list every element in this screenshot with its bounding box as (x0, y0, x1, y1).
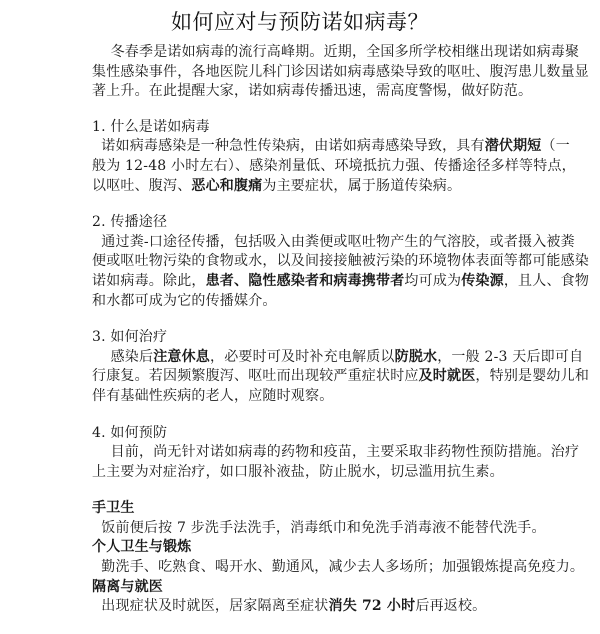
section-line: 和水都可成为它的传播媒介。 (92, 292, 532, 312)
intro-line: 集性感染事件，各地医院儿科门诊因诺如病毒感染导致的呕吐、腹泻患儿数量显 (92, 63, 532, 83)
section-line: 感染后注意休息，必要时可及时补充电解质以防脱水，一般 2-3 天后即可自 (92, 348, 532, 368)
bold-emphasis: 潜伏期短 (485, 138, 542, 154)
prevention-measures: 手卫生 饭前便后按 7 步洗手法洗手，消毒纸巾和免洗手消毒液不能替代洗手。个人卫… (92, 482, 532, 617)
section-line: 诺如病毒。除此，患者、隐性感染者和病毒携带者均可成为传染源，且人、食物 (92, 272, 532, 292)
prevention-heading: 个人卫生与锻炼 (92, 538, 532, 558)
document-title: 如何应对与预防诺如病毒？ (0, 6, 600, 36)
section-spacer (92, 196, 532, 213)
bold-emphasis: 恶心和腹痛 (191, 178, 262, 194)
section-line: 通过粪-口途径传播，包括吸入由粪便或呕吐物产生的气溶胶，或者摄入被粪 (92, 233, 532, 253)
section-heading: 3. 如何治疗 (92, 328, 532, 348)
sections: 1. 什么是诺如病毒 诺如病毒感染是一种急性传染病，由诺如病毒感染导致，具有潜伏… (92, 102, 532, 483)
bold-emphasis: 及时就医 (419, 368, 476, 384)
section-line: 上主要为对症治疗，如口服补液盐，防止脱水，切忌滥用抗生素。 (92, 463, 532, 483)
prevention-heading: 手卫生 (92, 499, 532, 519)
prevention-item: 手卫生 饭前便后按 7 步洗手法洗手，消毒纸巾和免洗手消毒液不能替代洗手。 (92, 499, 532, 538)
bold-emphasis: 防脱水 (395, 349, 438, 365)
prevention-text: 勤洗手、吃熟食、喝开水、勤通风，减少去人多场所；加强锻炼提高免疫力。 (92, 558, 532, 578)
section-spacer (92, 407, 532, 424)
section-spacer (92, 311, 532, 328)
section-line: 以呕吐、腹泻、恶心和腹痛为主要症状，属于肠道传染病。 (92, 177, 532, 197)
section-line: 便或呕吐物污染的食物或水，以及间接接触被污染的环境物体表面等都可能感染 (92, 252, 532, 272)
section-line: 目前，尚无针对诺如病毒的药物和疫苗，主要采取非药物性预防措施。治疗 (92, 443, 532, 463)
section-2: 2. 传播途径 通过粪-口途径传播，包括吸入由粪便或呕吐物产生的气溶胶，或者摄入… (92, 213, 532, 311)
bold-emphasis: 注意休息 (153, 349, 210, 365)
bold-emphasis: 传染源 (461, 273, 504, 289)
section-heading: 2. 传播途径 (92, 213, 532, 233)
intro-line: 冬春季是诺如病毒的流行高峰期。近期，全国多所学校相继出现诺如病毒聚 (92, 43, 532, 63)
prevention-item: 隔离与就医 出现症状及时就医，居家隔离至症状消失 72 小时后再返校。 (92, 578, 532, 617)
section-line: 般为 12-48 小时左右）、感染剂量低、环境抵抗力强、传播途径多样等特点， (92, 157, 532, 177)
section-3: 3. 如何治疗 感染后注意休息，必要时可及时补充电解质以防脱水，一般 2-3 天… (92, 328, 532, 406)
prevention-text: 出现症状及时就医，居家隔离至症状消失 72 小时后再返校。 (92, 597, 532, 617)
section-line: 诺如病毒感染是一种急性传染病，由诺如病毒感染导致，具有潜伏期短（一 (92, 137, 532, 157)
section-heading: 1. 什么是诺如病毒 (92, 118, 532, 138)
section-1: 1. 什么是诺如病毒 诺如病毒感染是一种急性传染病，由诺如病毒感染导致，具有潜伏… (92, 118, 532, 196)
prevention-text: 饭前便后按 7 步洗手法洗手，消毒纸巾和免洗手消毒液不能替代洗手。 (92, 519, 532, 539)
section-heading: 4. 如何预防 (92, 424, 532, 444)
bold-emphasis: 消失 72 小时 (329, 598, 416, 614)
section-spacer (92, 102, 532, 118)
document-body: 冬春季是诺如病毒的流行高峰期。近期，全国多所学校相继出现诺如病毒聚 集性感染事件… (92, 43, 532, 617)
prevention-heading: 隔离与就医 (92, 578, 532, 598)
intro-line: 著上升。在此提醒大家，诺如病毒传播迅速，需高度警惕，做好防范。 (92, 82, 532, 102)
intro-paragraph: 冬春季是诺如病毒的流行高峰期。近期，全国多所学校相继出现诺如病毒聚 集性感染事件… (92, 43, 532, 102)
section-spacer (92, 482, 532, 499)
section-4: 4. 如何预防 目前，尚无针对诺如病毒的药物和疫苗，主要采取非药物性预防措施。治… (92, 424, 532, 483)
section-line: 行康复。若因频繁腹泻、呕吐而出现较严重症状时应及时就医，特别是婴幼儿和 (92, 367, 532, 387)
section-line: 伴有基础性疾病的老人，应随时观察。 (92, 387, 532, 407)
bold-emphasis: 患者、隐性感染者和病毒携带者 (206, 273, 405, 289)
prevention-item: 个人卫生与锻炼 勤洗手、吃熟食、喝开水、勤通风，减少去人多场所；加强锻炼提高免疫… (92, 538, 532, 577)
